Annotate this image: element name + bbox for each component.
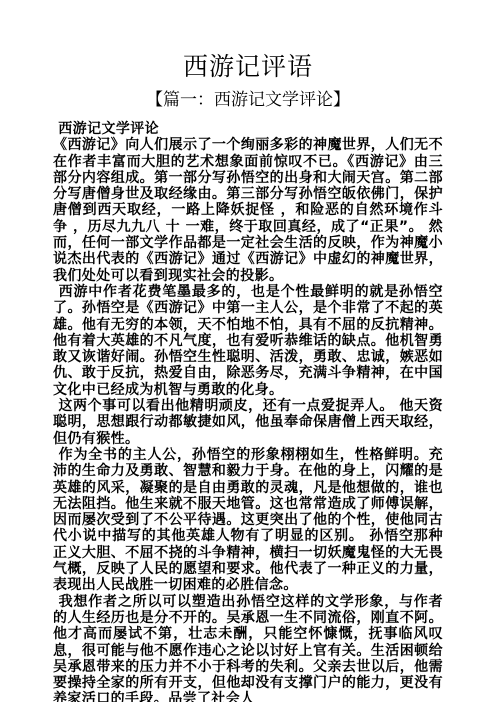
paragraph-protagonist: 作为全书的主人公，孙悟空的形象栩栩如生，性格鲜明。充沛的生命力及勇敢、智慧和毅力… xyxy=(53,447,443,594)
body-heading: 西游记文学评论 xyxy=(53,121,443,137)
document-page: 西游记评语 【篇一：西游记文学评论】 西游记文学评论 《西游记》向人们展示了一个… xyxy=(0,0,496,702)
paragraph-author-life: 我想作者之所以可以塑造出孙悟空这样的文学形象，与作者的人生经历也是分不开的。吴承… xyxy=(53,594,443,702)
page-title: 西游记评语 xyxy=(53,52,443,84)
section-subtitle: 【篇一：西游记文学评论】 xyxy=(53,89,443,111)
paragraph-sunwukong-character: 西游中作者花费笔墨最多的，也是个性最鲜明的就是孙悟空了。孙悟空是《西游记》中第一… xyxy=(53,284,443,398)
paragraph-cleverness: 这两个事可以看出他精明顽皮，还有一点爱捉弄人。 他天资聪明，思想跟行动都敏捷如风… xyxy=(53,398,443,447)
document-body: 西游记文学评论 《西游记》向人们展示了一个绚丽多彩的神魔世界，人们无不在作者丰富… xyxy=(53,121,443,702)
paragraph-intro: 《西游记》向人们展示了一个绚丽多彩的神魔世界，人们无不在作者丰富而大胆的艺术想象… xyxy=(53,137,443,284)
